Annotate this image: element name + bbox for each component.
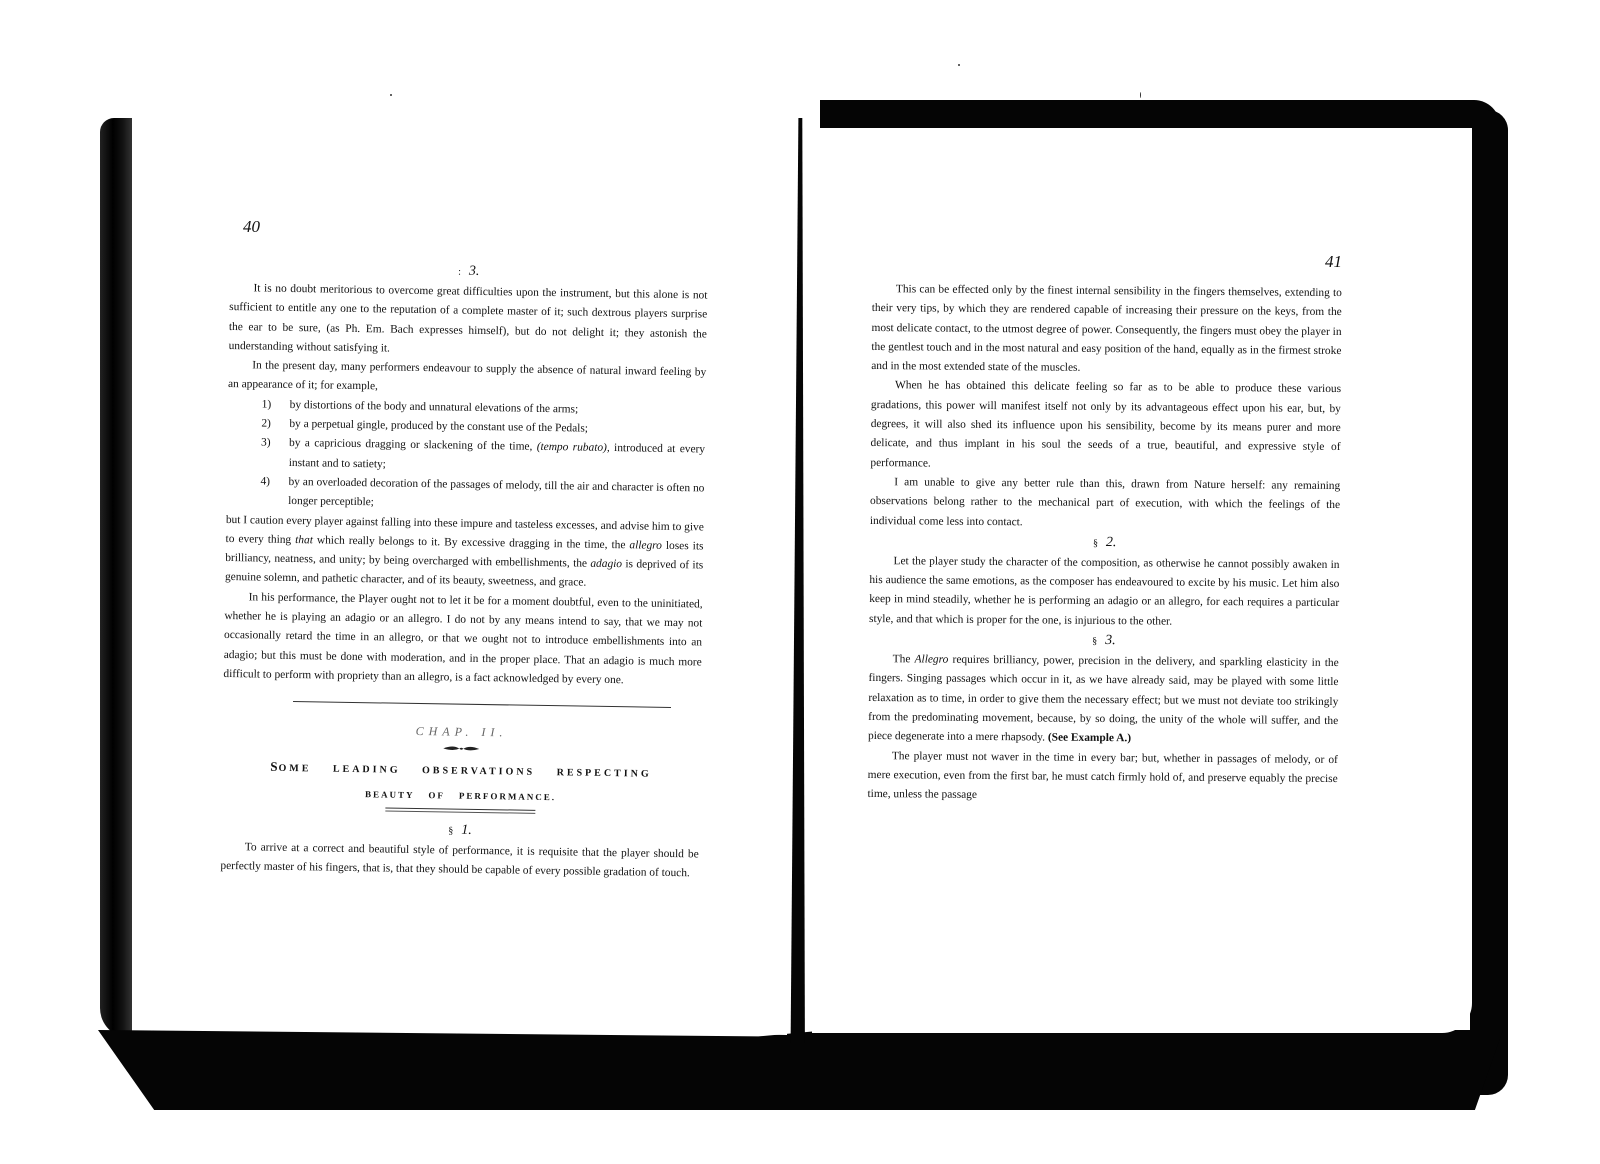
page-number-left: 40 (243, 217, 260, 237)
paragraph: This can be effected only by the finest … (871, 280, 1342, 381)
chapter-subtitle: BEAUTY OF PERFORMANCE. (221, 783, 699, 810)
paragraph: In his performance, the Player ought not… (223, 588, 702, 692)
page-number-right: 41 (1325, 252, 1342, 272)
paragraph: It is no doubt meritorious to overcome g… (228, 279, 707, 364)
book-edge-left (100, 118, 132, 1038)
paragraph: I am unable to give any better rule than… (870, 473, 1340, 535)
scan-speck (1140, 92, 1141, 98)
book-edge-right (1470, 110, 1508, 1095)
chapter-label: CHAP. II. (222, 719, 700, 746)
paragraph: When he has obtained this delicate feeli… (870, 376, 1341, 477)
divider (293, 701, 671, 708)
numbered-list: 1)by distortions of the body and unnatur… (226, 395, 706, 518)
left-page-text: :3. It is no doubt meritorious to overco… (220, 258, 708, 884)
paragraph: To arrive at a correct and beautiful sty… (220, 838, 699, 884)
ornament-icon (441, 743, 481, 754)
list-item: 4)by an overloaded decoration of the pas… (226, 472, 705, 518)
scan-speck (390, 94, 392, 96)
paragraph: The Allegro requires brilliancy, power, … (868, 650, 1339, 751)
book-edge-top-right (820, 100, 1500, 130)
section-mark: : (458, 267, 461, 278)
paragraph: Let the player study the character of th… (869, 552, 1340, 633)
paragraph: The player must not waver in the time in… (867, 747, 1337, 809)
divider (385, 808, 535, 814)
book-gutter (788, 118, 814, 1043)
scan-speck (958, 64, 960, 66)
chapter-title: SOME LEADING OBSERVATIONS RESPECTING (222, 755, 700, 784)
right-page-text: This can be effected only by the finest … (867, 280, 1342, 809)
paragraph: but I caution every player against falli… (225, 511, 704, 596)
